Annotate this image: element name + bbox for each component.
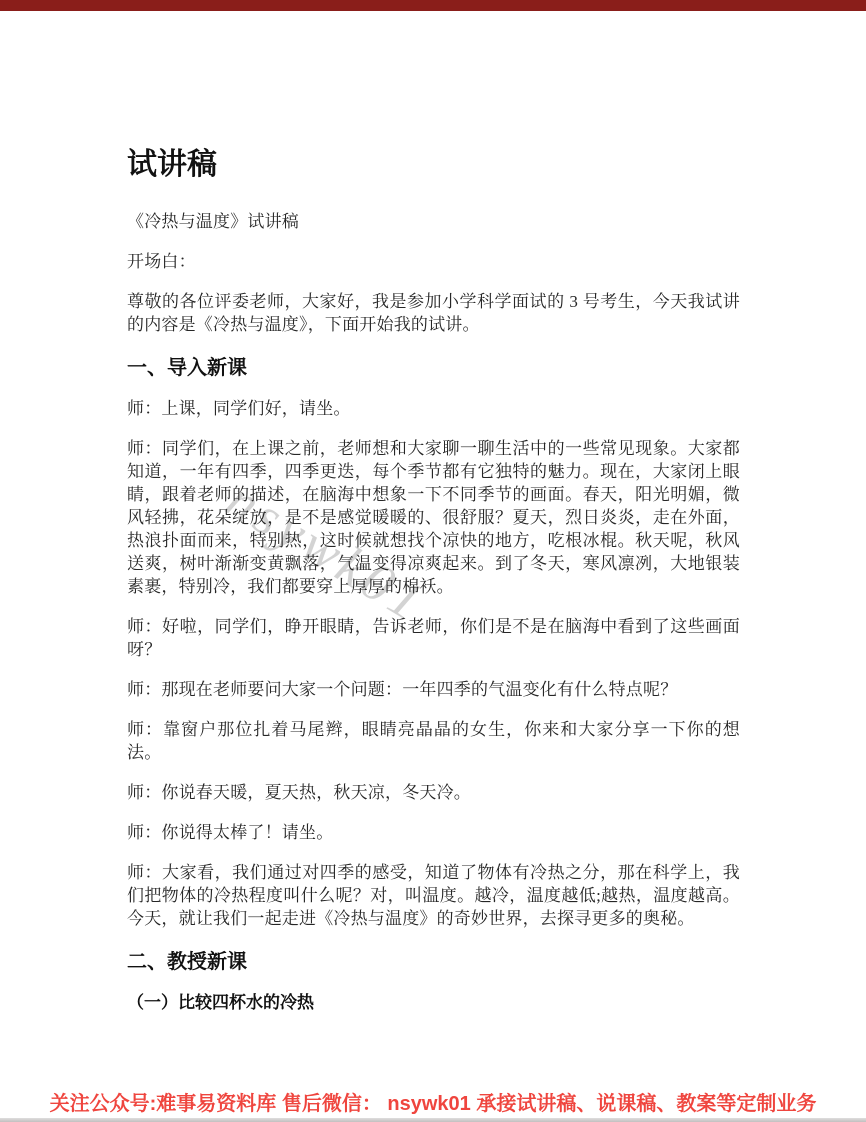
footer-promo-text: 关注公众号:难事易资料库 售后微信： nsywk01 承接试讲稿、说课稿、教案等… — [0, 1092, 866, 1116]
document-title: 试讲稿 — [127, 148, 740, 182]
paragraph-teacher-7: 师：你说得太棒了！请坐。 — [127, 821, 740, 844]
section-heading-2: 二、教授新课 — [127, 947, 740, 977]
paragraph-teacher-3: 师：好啦，同学们，睁开眼睛，告诉老师，你们是不是在脑海中看到了这些画面呀？ — [127, 615, 740, 661]
paragraph-teacher-2: 师：同学们，在上课之前，老师想和大家聊一聊生活中的一些常见现象。大家都知道，一年… — [127, 437, 740, 598]
subsection-heading-1: （一）比较四杯水的冷热 — [127, 991, 740, 1015]
top-red-banner — [0, 0, 866, 11]
document-page: nsywk01 试讲稿 《冷热与温度》试讲稿 开场白： 尊敬的各位评委老师，大家… — [0, 0, 866, 1122]
paragraph-opening: 尊敬的各位评委老师，大家好，我是参加小学科学面试的 3 号考生，今天我试讲的内容… — [127, 290, 740, 336]
paragraph-teacher-6: 师：你说春天暖，夏天热，秋天凉，冬天冷。 — [127, 781, 740, 804]
paragraph-subtitle: 《冷热与温度》试讲稿 — [127, 210, 740, 233]
bottom-edge-strip — [0, 1118, 866, 1122]
paragraph-teacher-8: 师：大家看，我们通过对四季的感受，知道了物体有冷热之分，那在科学上，我们把物体的… — [127, 861, 740, 930]
document-body: 试讲稿 《冷热与温度》试讲稿 开场白： 尊敬的各位评委老师，大家好，我是参加小学… — [127, 148, 740, 1032]
paragraph-teacher-5: 师：靠窗户那位扎着马尾辫，眼睛亮晶晶的女生，你来和大家分享一下你的想法。 — [127, 718, 740, 764]
paragraph-opening-label: 开场白： — [127, 250, 740, 273]
paragraph-teacher-4: 师：那现在老师要问大家一个问题：一年四季的气温变化有什么特点呢？ — [127, 678, 740, 701]
paragraph-teacher-1: 师：上课，同学们好，请坐。 — [127, 397, 740, 420]
section-heading-1: 一、导入新课 — [127, 353, 740, 383]
